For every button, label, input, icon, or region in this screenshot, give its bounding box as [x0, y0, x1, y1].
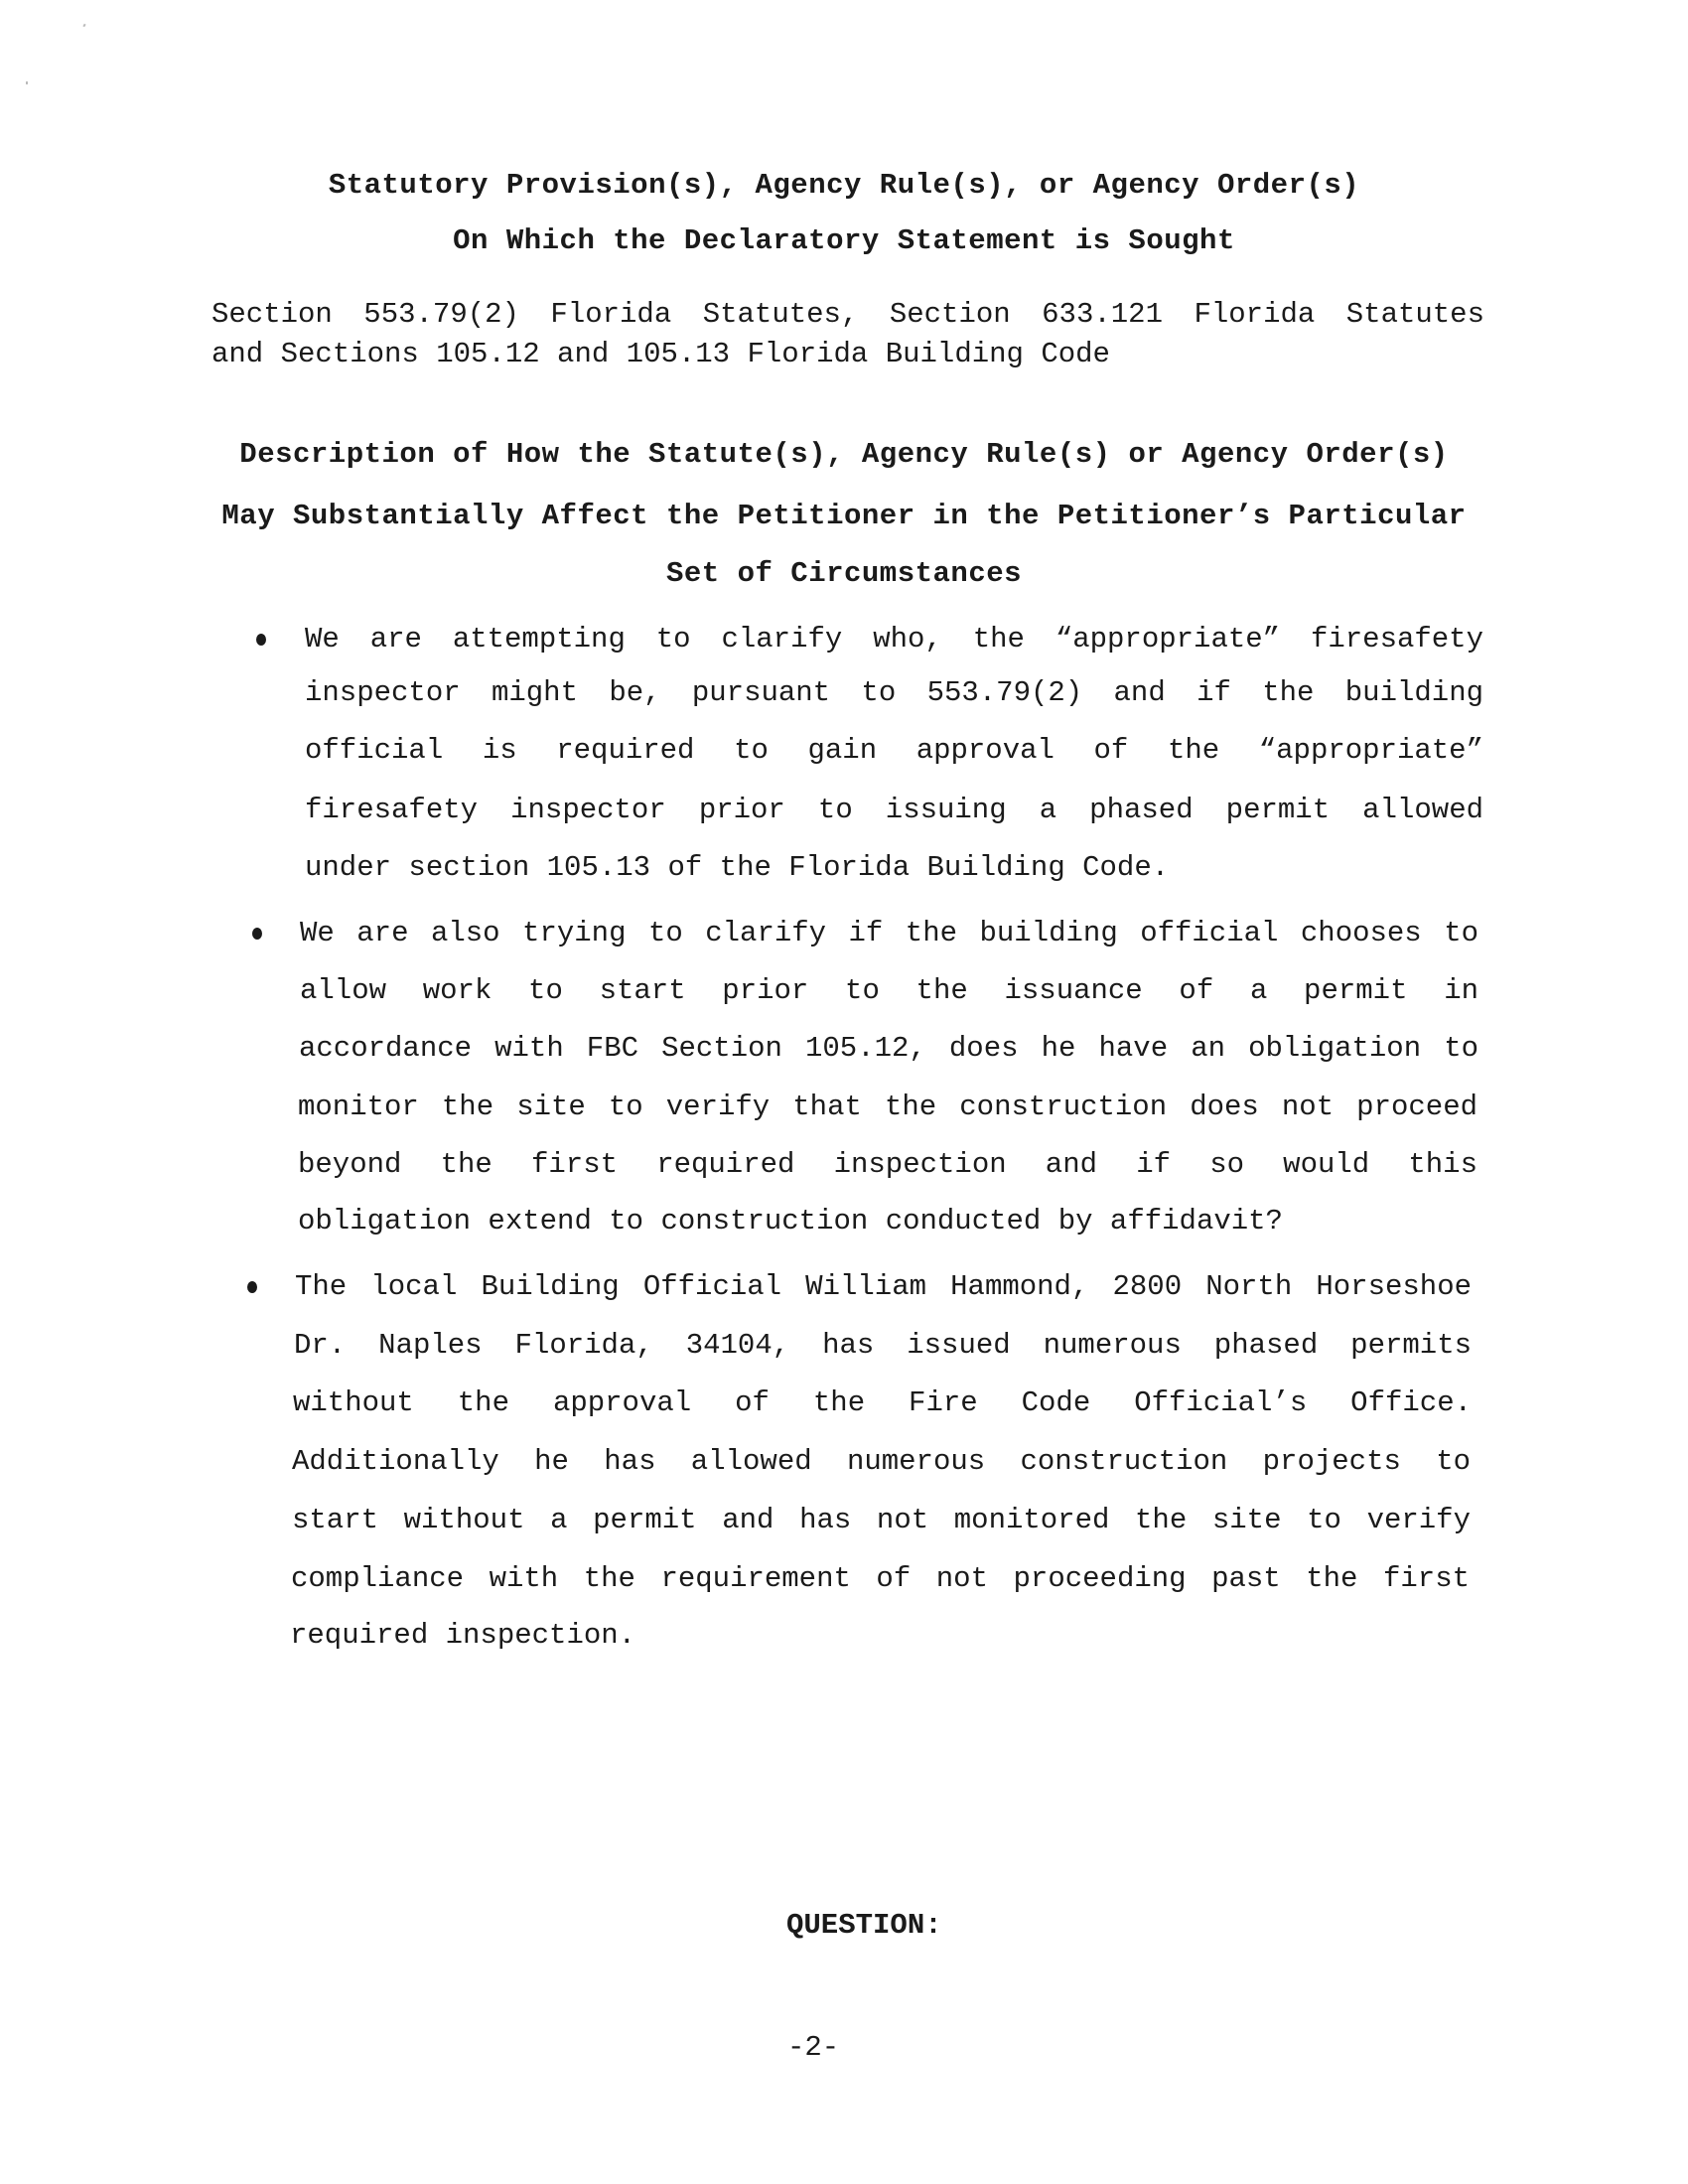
- section-heading-statutory-provisions: Statutory Provision(s), Agency Rule(s), …: [0, 169, 1688, 202]
- question-heading: QUESTION:: [786, 1909, 942, 1942]
- scan-speck: [26, 81, 28, 84]
- page-number: -2-: [787, 2031, 839, 2064]
- bullet-2-line: monitor the site to verify that the cons…: [298, 1091, 1477, 1123]
- bullet-2-line: accordance with FBC Section 105.12, does…: [299, 1032, 1478, 1065]
- bullet-3-line: Dr. Naples Florida, 34104, has issued nu…: [294, 1329, 1472, 1362]
- bullet-icon: [247, 1281, 257, 1293]
- bullet-2-line: allow work to start prior to the issuanc…: [300, 974, 1478, 1007]
- bullet-3-line: The local Building Official William Hamm…: [295, 1270, 1472, 1303]
- bullet-1-line: inspector might be, pursuant to 553.79(2…: [305, 676, 1483, 709]
- bullet-2-line: We are also trying to clarify if the bui…: [300, 917, 1478, 949]
- bullet-1-line: under section 105.13 of the Florida Buil…: [305, 851, 1483, 884]
- bullet-icon: [252, 928, 262, 940]
- bullet-3-line: Additionally he has allowed numerous con…: [292, 1445, 1471, 1478]
- bullet-1-line: official is required to gain approval of…: [305, 734, 1483, 767]
- bullet-3-line: start without a permit and has not monit…: [292, 1504, 1471, 1536]
- bullet-icon: [256, 634, 266, 646]
- section-heading-description-line2: May Substantially Affect the Petitioner …: [0, 500, 1688, 532]
- statutes-text-line: Section 553.79(2) Florida Statutes, Sect…: [211, 298, 1484, 331]
- bullet-2-line: obligation extend to construction conduc…: [298, 1205, 1477, 1238]
- section-heading-statutory-provisions-line2: On Which the Declaratory Statement is So…: [0, 224, 1688, 257]
- bullet-3-line: without the approval of the Fire Code Of…: [293, 1386, 1472, 1419]
- statutes-text-line: and Sections 105.12 and 105.13 Florida B…: [211, 338, 1484, 370]
- bullet-3-line: required inspection.: [290, 1619, 1469, 1652]
- bullet-1-line: firesafety inspector prior to issuing a …: [305, 794, 1483, 826]
- bullet-2-line: beyond the first required inspection and…: [298, 1148, 1477, 1181]
- bullet-3-line: compliance with the requirement of not p…: [291, 1562, 1470, 1595]
- section-heading-description: Description of How the Statute(s), Agenc…: [0, 438, 1688, 471]
- scan-speck: [82, 24, 85, 28]
- section-heading-description-line3: Set of Circumstances: [0, 557, 1688, 590]
- document-page: Statutory Provision(s), Agency Rule(s), …: [0, 0, 1688, 2184]
- bullet-1-line: We are attempting to clarify who, the “a…: [305, 623, 1483, 655]
